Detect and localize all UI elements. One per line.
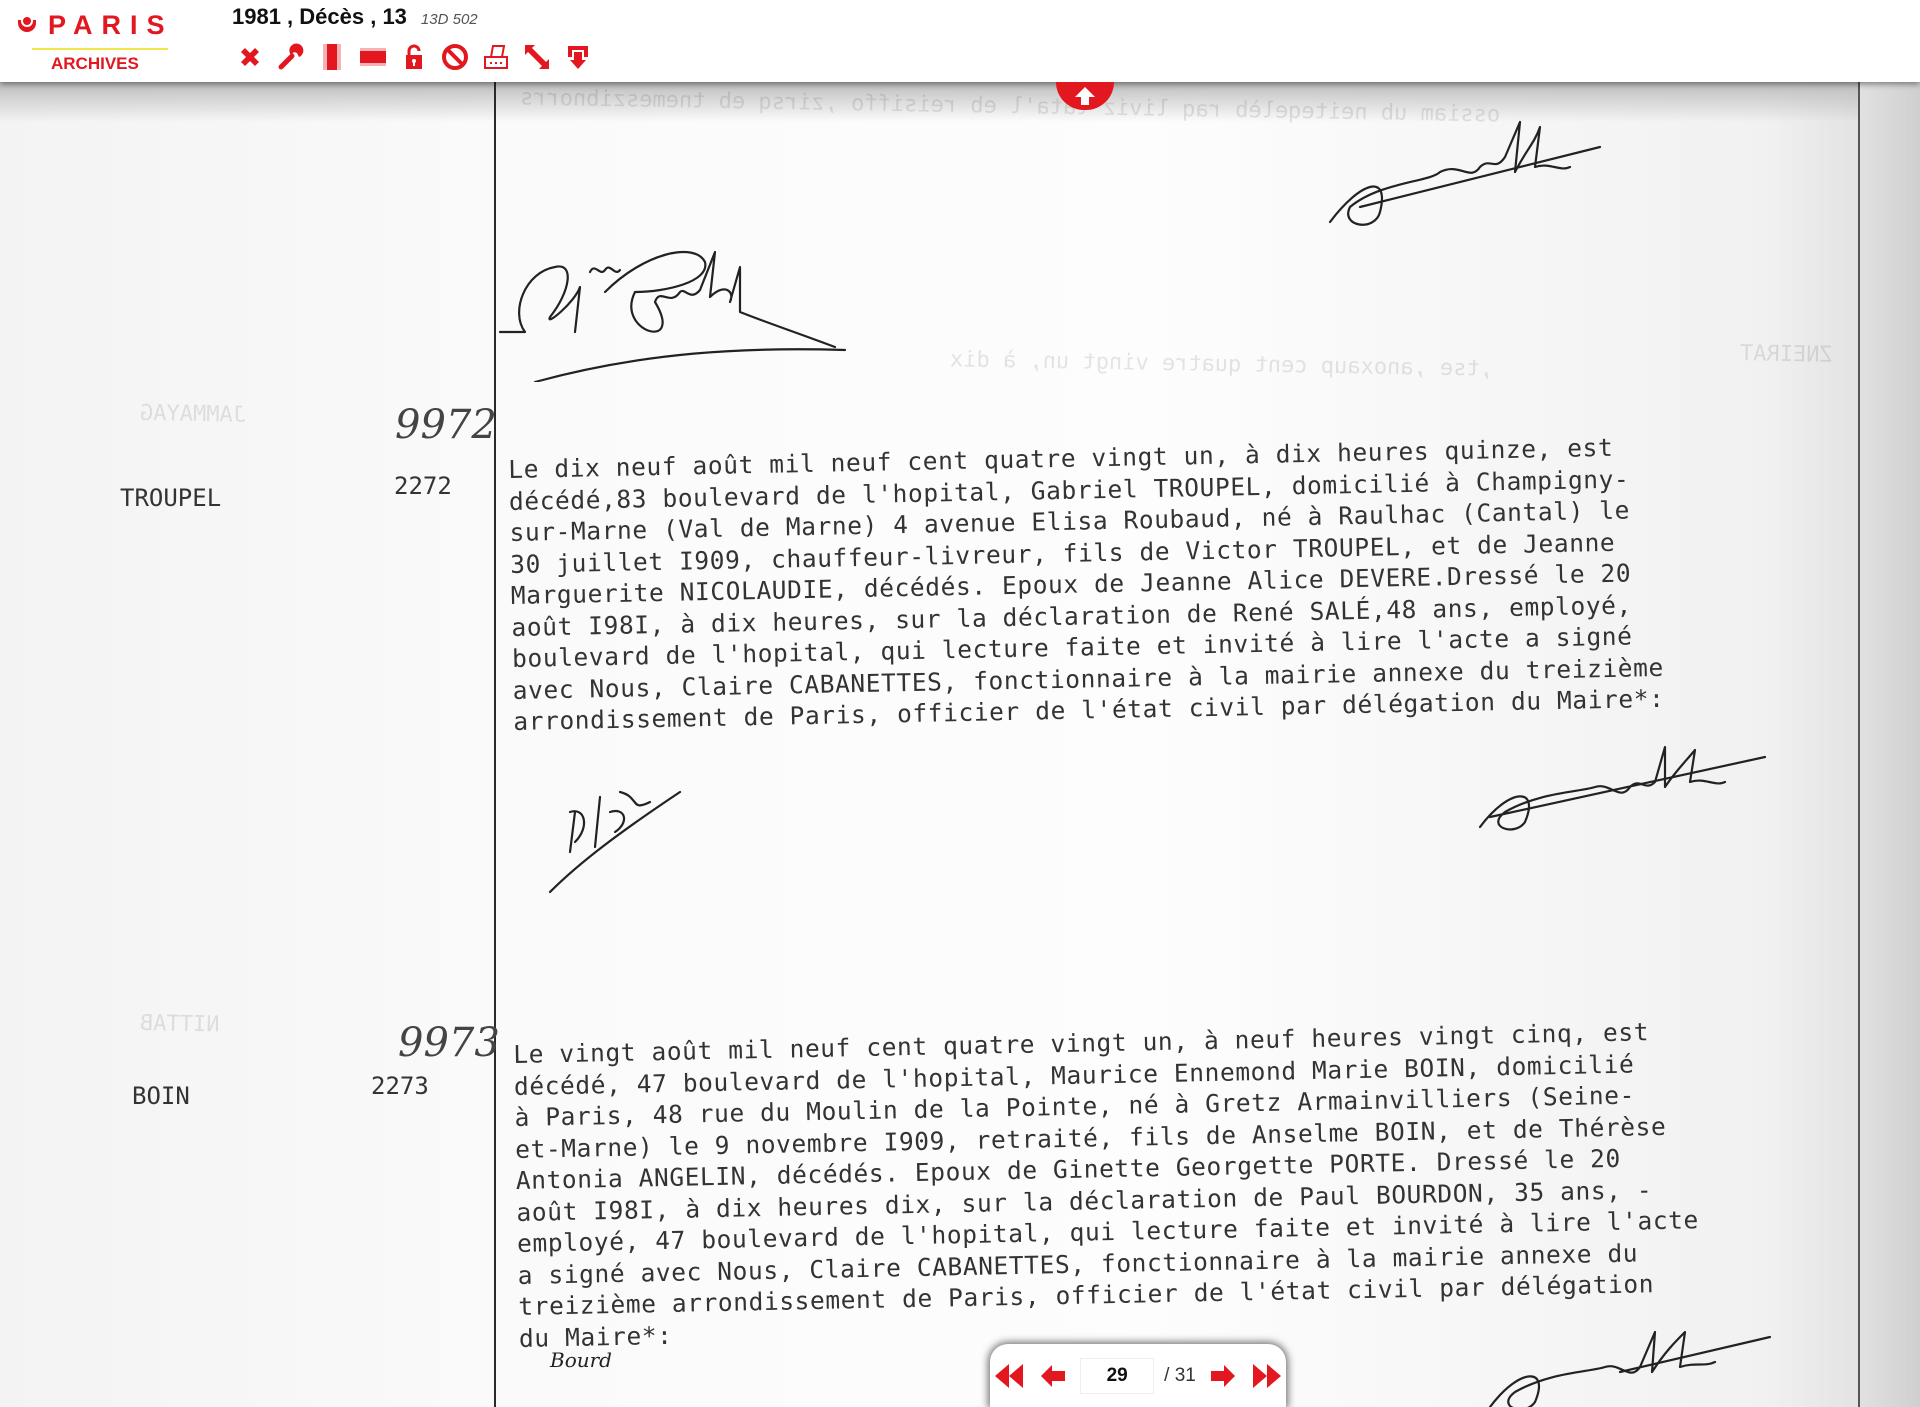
page-navigator: / 31: [990, 1344, 1286, 1407]
header-bar: PARIS ARCHIVES 1981 , Décès , 13 13D 502: [0, 0, 1920, 82]
forbidden-button[interactable]: [439, 42, 471, 72]
fit-width-button[interactable]: [357, 42, 389, 72]
wrench-icon: [277, 43, 305, 71]
logo-paris: PARIS: [16, 10, 174, 41]
close-button[interactable]: [234, 42, 266, 72]
record-surname: TROUPEL: [120, 484, 221, 512]
last-page-button[interactable]: [1250, 1361, 1284, 1391]
document-title-main: 1981 , Décès , 13: [232, 4, 407, 30]
first-page-button[interactable]: [992, 1361, 1026, 1391]
logo-rule: [32, 48, 168, 50]
next-page-button[interactable]: [1206, 1361, 1240, 1391]
tools-button[interactable]: [275, 42, 307, 72]
paris-archives-logo[interactable]: PARIS ARCHIVES: [16, 10, 186, 76]
document-viewer[interactable]: ossiam ub neiteqelèb raq liviz tata'l eb…: [0, 82, 1920, 1407]
toolbar: [234, 42, 594, 72]
record-number: 2273: [371, 1072, 429, 1100]
page-number-input[interactable]: [1080, 1358, 1154, 1394]
bleed-through-text: NITTAB: [140, 1011, 246, 1038]
arrow-right-icon: [1210, 1364, 1236, 1388]
bleed-through-text: JAMMAYAG: [140, 401, 273, 428]
unlock-icon: [400, 43, 428, 71]
bleed-through-text: ,tse ,anoxaup cent quatre vingt un, à di…: [950, 347, 1493, 381]
bleed-through-text: ZNEIRAT: [1740, 341, 1833, 368]
handwritten-number: 9973: [398, 1020, 500, 1066]
page-total: / 31: [1164, 1365, 1196, 1387]
logo-text-paris: PARIS: [48, 10, 174, 41]
double-arrow-left-icon: [993, 1363, 1025, 1389]
document-title: 1981 , Décès , 13 13D 502: [232, 4, 478, 30]
forbidden-icon: [441, 43, 469, 71]
download-icon: [564, 43, 592, 71]
double-arrow-right-icon: [1251, 1363, 1283, 1389]
previous-page-button[interactable]: [1036, 1361, 1070, 1391]
officer-signature-top: [1320, 112, 1610, 242]
handwritten-number: 9972: [395, 402, 497, 448]
document-call-number: 13D 502: [421, 11, 478, 28]
close-icon: [236, 43, 264, 71]
record-text-troupel: Le dix neuf août mil neuf cent quatre vi…: [508, 431, 1665, 738]
officer-signature-troupel: [1470, 732, 1770, 842]
scan-right-margin: [1860, 82, 1920, 1407]
officer-signature-boin: [1480, 1312, 1780, 1407]
print-icon: [482, 43, 510, 71]
fullscreen-button[interactable]: [521, 42, 553, 72]
witness-signature-troupel: [540, 752, 700, 902]
fit-height-button[interactable]: [316, 42, 348, 72]
logo-text-archives: ARCHIVES: [51, 54, 139, 74]
arrow-left-icon: [1040, 1364, 1066, 1388]
page-edge-line: [1858, 82, 1860, 1407]
fit-width-icon: [359, 43, 387, 71]
fullscreen-icon: [523, 43, 551, 71]
record-text-boin: Le vingt août mil neuf cent quatre vingt…: [513, 1015, 1701, 1354]
record-surname: BOIN: [132, 1082, 190, 1110]
print-button[interactable]: [480, 42, 512, 72]
witness-signature-boin: Bourd: [550, 1348, 612, 1372]
declarant-signature-troupel: [495, 232, 855, 382]
fit-height-icon: [318, 43, 346, 71]
record-number: 2272: [394, 472, 452, 500]
paris-emblem-icon: [16, 17, 38, 35]
unlock-button[interactable]: [398, 42, 430, 72]
arrow-up-icon: [1074, 86, 1096, 106]
download-button[interactable]: [562, 42, 594, 72]
